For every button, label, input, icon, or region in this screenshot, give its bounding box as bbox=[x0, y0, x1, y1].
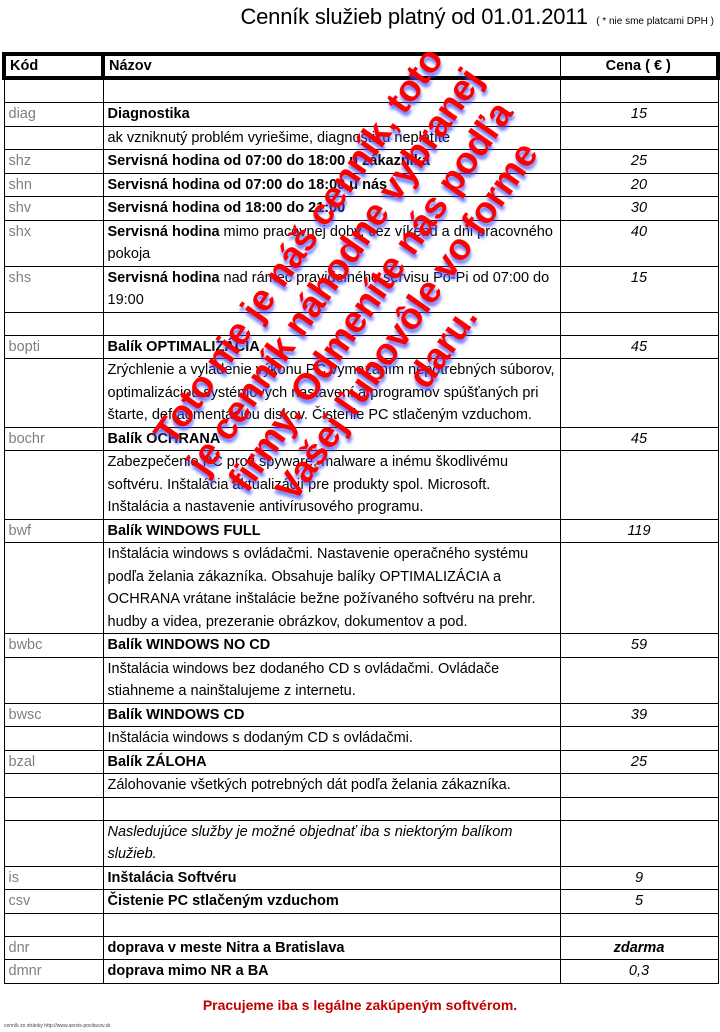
row-name: doprava mimo NR a BA bbox=[103, 960, 560, 984]
row-name-bold: Servisná hodina bbox=[108, 224, 220, 240]
row-name bbox=[103, 797, 560, 820]
table-row: ak vzniknutý problém vyriešime, diagnost… bbox=[4, 126, 718, 150]
row-code: csv bbox=[4, 890, 103, 914]
row-name: Balík WINDOWS FULL bbox=[103, 519, 560, 543]
table-row: Inštalácia windows s dodaným CD s ovláda… bbox=[4, 727, 718, 751]
row-code: is bbox=[4, 866, 103, 890]
table-row: shxServisná hodina mimo pracovnej doby, … bbox=[4, 220, 718, 266]
row-name: Diagnostika bbox=[103, 103, 560, 127]
row-name-bold: Servisná hodina od 07:00 do 18:00 u záka… bbox=[108, 153, 430, 169]
row-name: Servisná hodina od 07:00 do 18:00 u nás bbox=[103, 173, 560, 197]
row-name-text: Inštalácia windows s ovládačmi. Nastaven… bbox=[108, 546, 536, 630]
table-row: Inštalácia windows bez dodaného CD s ovl… bbox=[4, 657, 718, 703]
row-price: 119 bbox=[560, 519, 718, 543]
row-name: doprava v meste Nitra a Bratislava bbox=[103, 936, 560, 960]
source-note: cenník zo stránky http://www.servis-poci… bbox=[4, 1023, 111, 1029]
table-row: isInštalácia Softvéru9 bbox=[4, 866, 718, 890]
row-name-bold: Servisná hodina od 18:00 do 21:00 bbox=[108, 200, 346, 216]
row-code bbox=[4, 820, 103, 866]
row-name: Inštalácia windows s ovládačmi. Nastaven… bbox=[103, 543, 560, 634]
column-header-code: Kód bbox=[4, 54, 103, 78]
row-code bbox=[4, 727, 103, 751]
row-name: Inštalácia windows s dodaným CD s ovláda… bbox=[103, 727, 560, 751]
row-name-note: Nasledujúce služby je možné objednať iba… bbox=[108, 824, 513, 863]
row-code: shz bbox=[4, 150, 103, 174]
row-price bbox=[560, 774, 718, 798]
row-price: 45 bbox=[560, 335, 718, 359]
table-row: bzalBalík ZÁLOHA25 bbox=[4, 750, 718, 774]
row-price: 5 bbox=[560, 890, 718, 914]
table-row: boptiBalík OPTIMALIZÁCIA45 bbox=[4, 335, 718, 359]
row-price: 30 bbox=[560, 197, 718, 221]
table-row: bwfBalík WINDOWS FULL119 bbox=[4, 519, 718, 543]
column-header-price: Cena ( € ) bbox=[560, 54, 718, 78]
row-code: shx bbox=[4, 220, 103, 266]
row-name-text: Zálohovanie všetkých potrebných dát podľ… bbox=[108, 777, 511, 793]
row-price bbox=[560, 312, 718, 335]
row-price: 9 bbox=[560, 866, 718, 890]
row-code bbox=[4, 657, 103, 703]
table-row bbox=[4, 797, 718, 820]
row-price bbox=[560, 126, 718, 150]
row-name-bold: Čistenie PC stlačeným vzduchom bbox=[108, 893, 339, 909]
column-header-name: Názov bbox=[103, 54, 560, 78]
row-name: Nasledujúce služby je možné objednať iba… bbox=[103, 820, 560, 866]
row-name: Balík ZÁLOHA bbox=[103, 750, 560, 774]
row-code bbox=[4, 312, 103, 335]
table-row: Zrýchlenie a vyladenie výkonu PC vymazan… bbox=[4, 359, 718, 428]
row-name: Servisná hodina od 07:00 do 18:00 u záka… bbox=[103, 150, 560, 174]
row-name: Zálohovanie všetkých potrebných dát podľ… bbox=[103, 774, 560, 798]
table-row: shvServisná hodina od 18:00 do 21:0030 bbox=[4, 197, 718, 221]
row-name-bold: Diagnostika bbox=[108, 106, 190, 122]
row-name-bold: Balík OPTIMALIZÁCIA bbox=[108, 339, 260, 355]
table-row: shzServisná hodina od 07:00 do 18:00 u z… bbox=[4, 150, 718, 174]
table-row: dnrdoprava v meste Nitra a Bratislavazda… bbox=[4, 936, 718, 960]
row-name: Inštalácia Softvéru bbox=[103, 866, 560, 890]
row-code: dmnr bbox=[4, 960, 103, 984]
table-row bbox=[4, 78, 718, 103]
row-name-bold: Inštalácia Softvéru bbox=[108, 870, 237, 886]
table-row: diagDiagnostika15 bbox=[4, 103, 718, 127]
price-table: Kód Názov Cena ( € ) diagDiagnostika15ak… bbox=[2, 52, 720, 984]
row-name-bold: Balík ZÁLOHA bbox=[108, 754, 207, 770]
row-price bbox=[560, 359, 718, 428]
row-name-text: Inštalácia windows bez dodaného CD s ovl… bbox=[108, 661, 500, 700]
row-name: Balík OPTIMALIZÁCIA bbox=[103, 335, 560, 359]
row-name bbox=[103, 78, 560, 103]
row-code: diag bbox=[4, 103, 103, 127]
table-row bbox=[4, 312, 718, 335]
row-name: Zabezpečenie PC proti spyware, malware a… bbox=[103, 451, 560, 520]
table-row: Zálohovanie všetkých potrebných dát podľ… bbox=[4, 774, 718, 798]
price-list-title: Cenník služieb platný od 01.01.2011 ( * … bbox=[0, 4, 714, 30]
row-code: shs bbox=[4, 266, 103, 312]
row-code bbox=[4, 774, 103, 798]
row-name: Zrýchlenie a vyladenie výkonu PC vymazan… bbox=[103, 359, 560, 428]
row-name bbox=[103, 913, 560, 936]
table-row: Nasledujúce služby je možné objednať iba… bbox=[4, 820, 718, 866]
row-price: 0,3 bbox=[560, 960, 718, 984]
row-name: Servisná hodina nad rámec pravidelného s… bbox=[103, 266, 560, 312]
row-name-bold: doprava v meste Nitra a Bratislava bbox=[108, 940, 345, 956]
row-name bbox=[103, 312, 560, 335]
table-row: shnServisná hodina od 07:00 do 18:00 u n… bbox=[4, 173, 718, 197]
row-name-bold: doprava mimo NR a BA bbox=[108, 963, 269, 979]
table-row: dmnrdoprava mimo NR a BA0,3 bbox=[4, 960, 718, 984]
row-code: bwbc bbox=[4, 634, 103, 658]
row-price: 45 bbox=[560, 427, 718, 451]
row-price bbox=[560, 820, 718, 866]
row-name-bold: Balík OCHRANA bbox=[108, 431, 221, 447]
row-name: Balík WINDOWS CD bbox=[103, 703, 560, 727]
row-name: Balík WINDOWS NO CD bbox=[103, 634, 560, 658]
table-row: Zabezpečenie PC proti spyware, malware a… bbox=[4, 451, 718, 520]
row-code bbox=[4, 913, 103, 936]
table-row bbox=[4, 913, 718, 936]
row-code bbox=[4, 451, 103, 520]
row-price: zdarma bbox=[560, 936, 718, 960]
legal-software-notice: Pracujeme iba s legálne zakúpeným softvé… bbox=[0, 997, 720, 1013]
title-text: Cenník služieb platný od 01.01.2011 bbox=[240, 4, 587, 29]
row-name-bold: Servisná hodina bbox=[108, 270, 220, 286]
row-name-text: ak vzniknutý problém vyriešime, diagnost… bbox=[108, 130, 451, 146]
row-code: bwf bbox=[4, 519, 103, 543]
table-row: bwscBalík WINDOWS CD39 bbox=[4, 703, 718, 727]
row-price: 15 bbox=[560, 103, 718, 127]
row-price: 20 bbox=[560, 173, 718, 197]
row-price: 59 bbox=[560, 634, 718, 658]
row-name-text: Zabezpečenie PC proti spyware, malware a… bbox=[108, 454, 509, 515]
row-name: Servisná hodina od 18:00 do 21:00 bbox=[103, 197, 560, 221]
row-price: 40 bbox=[560, 220, 718, 266]
row-code: shv bbox=[4, 197, 103, 221]
row-price: 25 bbox=[560, 750, 718, 774]
row-name: Čistenie PC stlačeným vzduchom bbox=[103, 890, 560, 914]
row-name-text: Inštalácia windows s dodaným CD s ovláda… bbox=[108, 730, 413, 746]
row-name: Balík OCHRANA bbox=[103, 427, 560, 451]
row-price bbox=[560, 913, 718, 936]
row-code: bzal bbox=[4, 750, 103, 774]
table-header-row: Kód Názov Cena ( € ) bbox=[4, 54, 718, 78]
row-code bbox=[4, 797, 103, 820]
row-name-bold: Balík WINDOWS NO CD bbox=[108, 637, 271, 653]
row-code: dnr bbox=[4, 936, 103, 960]
row-name-bold: Balík WINDOWS CD bbox=[108, 707, 245, 723]
table-row: bwbcBalík WINDOWS NO CD59 bbox=[4, 634, 718, 658]
row-name: Servisná hodina mimo pracovnej doby, cez… bbox=[103, 220, 560, 266]
row-code: bochr bbox=[4, 427, 103, 451]
table-row: Inštalácia windows s ovládačmi. Nastaven… bbox=[4, 543, 718, 634]
row-price: 39 bbox=[560, 703, 718, 727]
table-row: csvČistenie PC stlačeným vzduchom5 bbox=[4, 890, 718, 914]
row-code: bwsc bbox=[4, 703, 103, 727]
row-name-bold: Servisná hodina od 07:00 do 18:00 u nás bbox=[108, 177, 388, 193]
row-price bbox=[560, 657, 718, 703]
row-name: ak vzniknutý problém vyriešime, diagnost… bbox=[103, 126, 560, 150]
row-price bbox=[560, 797, 718, 820]
row-code bbox=[4, 126, 103, 150]
row-code bbox=[4, 543, 103, 634]
row-code bbox=[4, 359, 103, 428]
table-row: bochrBalík OCHRANA45 bbox=[4, 427, 718, 451]
row-price bbox=[560, 451, 718, 520]
row-name-text: Zrýchlenie a vyladenie výkonu PC vymazan… bbox=[108, 362, 555, 423]
row-price: 15 bbox=[560, 266, 718, 312]
table-row: shsServisná hodina nad rámec pravidelnéh… bbox=[4, 266, 718, 312]
row-code: shn bbox=[4, 173, 103, 197]
vat-note: ( * nie sme platcami DPH ) bbox=[596, 16, 714, 27]
row-price bbox=[560, 727, 718, 751]
row-price bbox=[560, 78, 718, 103]
row-price: 25 bbox=[560, 150, 718, 174]
row-code bbox=[4, 78, 103, 103]
row-name-bold: Balík WINDOWS FULL bbox=[108, 523, 261, 539]
row-code: bopti bbox=[4, 335, 103, 359]
row-price bbox=[560, 543, 718, 634]
row-name: Inštalácia windows bez dodaného CD s ovl… bbox=[103, 657, 560, 703]
